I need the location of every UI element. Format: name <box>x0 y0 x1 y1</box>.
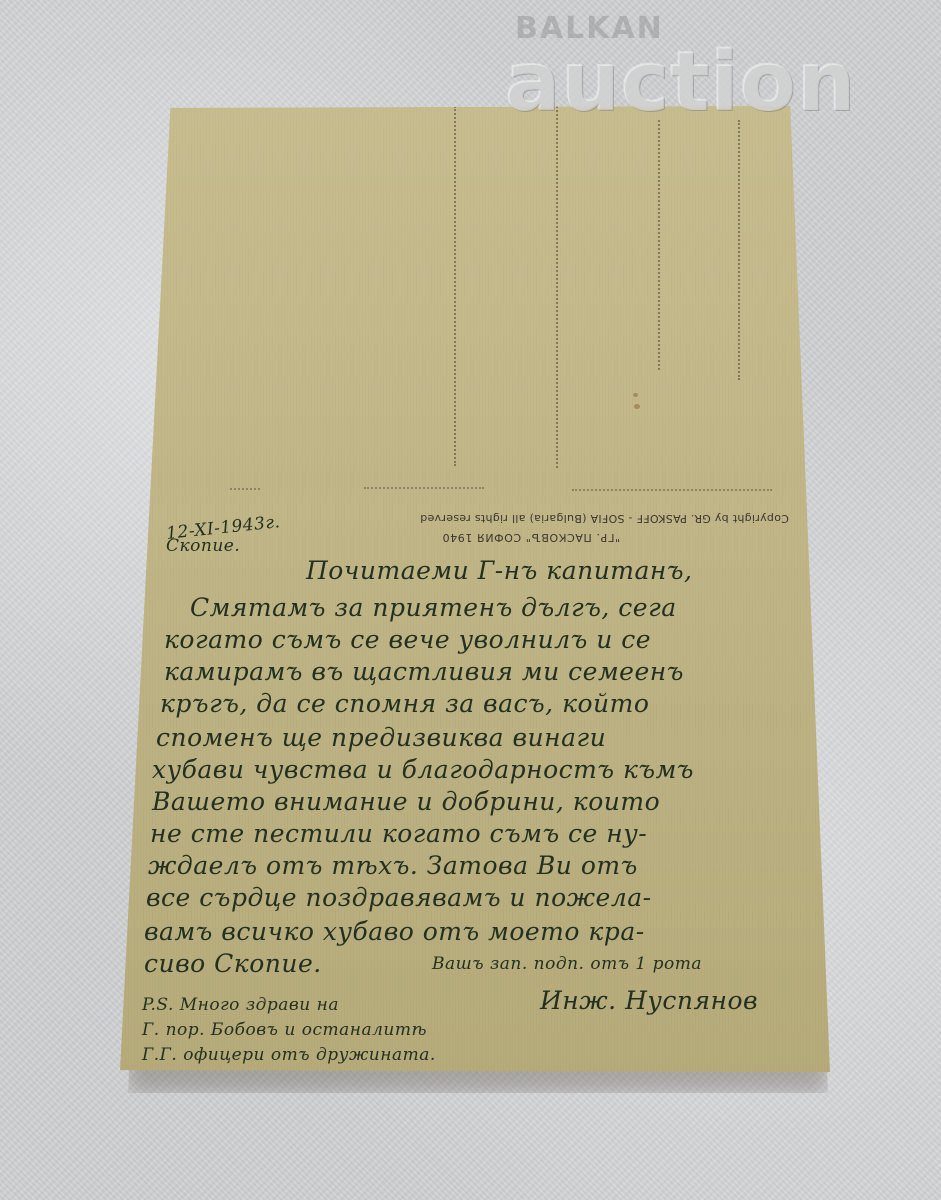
stamp-box-line <box>738 120 740 380</box>
handwritten-line: хубави чувства и благодарностъ къмъ <box>152 755 694 784</box>
handwritten-line: споменъ ще предизвиква винаги <box>156 723 606 752</box>
handwritten-line: ждаелъ отъ тѣхъ. Затова Ви отъ <box>148 851 638 880</box>
address-line <box>572 489 772 491</box>
handwritten-line: вамъ всичко хубаво отъ моето кра- <box>144 917 645 946</box>
handwritten-place: Скопие. <box>166 536 240 556</box>
handwritten-line: не сте пестили когато съмъ се ну- <box>150 819 647 848</box>
postcard-back: Copyright by GR. PASKOFF - SOFIA (Bulgar… <box>120 106 830 1074</box>
handwritten-postscript: Г.Г. офицери отъ дружината. <box>142 1045 436 1065</box>
printed-copyright-line: Copyright by GR. PASKOFF - SOFIA (Bulgar… <box>420 512 789 525</box>
printed-publisher-line: "ГР. ПАСКОВЪ" СОФИЯ 1940 <box>442 531 620 544</box>
stain <box>634 404 640 409</box>
handwritten-closing: Вашъ зап. подп. отъ 1 рота <box>432 954 702 974</box>
handwritten-greeting: Почитаеми Г-нъ капитанъ, <box>306 556 693 585</box>
stamp-box-line <box>658 120 660 370</box>
handwritten-line: когато съмъ се вече уволнилъ и се <box>164 625 651 654</box>
address-line <box>364 487 484 489</box>
handwritten-signature: Инж. Нуспянов <box>540 986 758 1015</box>
address-line <box>230 488 260 490</box>
handwritten-line: Смятамъ за приятенъ дългъ, сега <box>190 593 677 622</box>
handwritten-line: камирамъ въ щастливия ми семеенъ <box>164 657 684 686</box>
divider-line <box>454 106 456 466</box>
stamp-box-line <box>556 106 558 468</box>
handwritten-postscript: Г. пор. Бобовъ и останалитѣ <box>142 1020 427 1040</box>
handwritten-postscript: P.S. Много здрави на <box>142 995 339 1015</box>
handwritten-line: сиво Скопие. <box>144 949 322 978</box>
handwritten-line: кръгъ, да се спомня за васъ, който <box>160 689 649 718</box>
handwritten-line: все сърдце поздравявамъ и пожела- <box>146 883 652 912</box>
handwritten-line: Вашето внимание и добрини, които <box>152 787 660 816</box>
watermark-top-text: BALKAN <box>515 11 664 46</box>
stain <box>633 393 638 397</box>
